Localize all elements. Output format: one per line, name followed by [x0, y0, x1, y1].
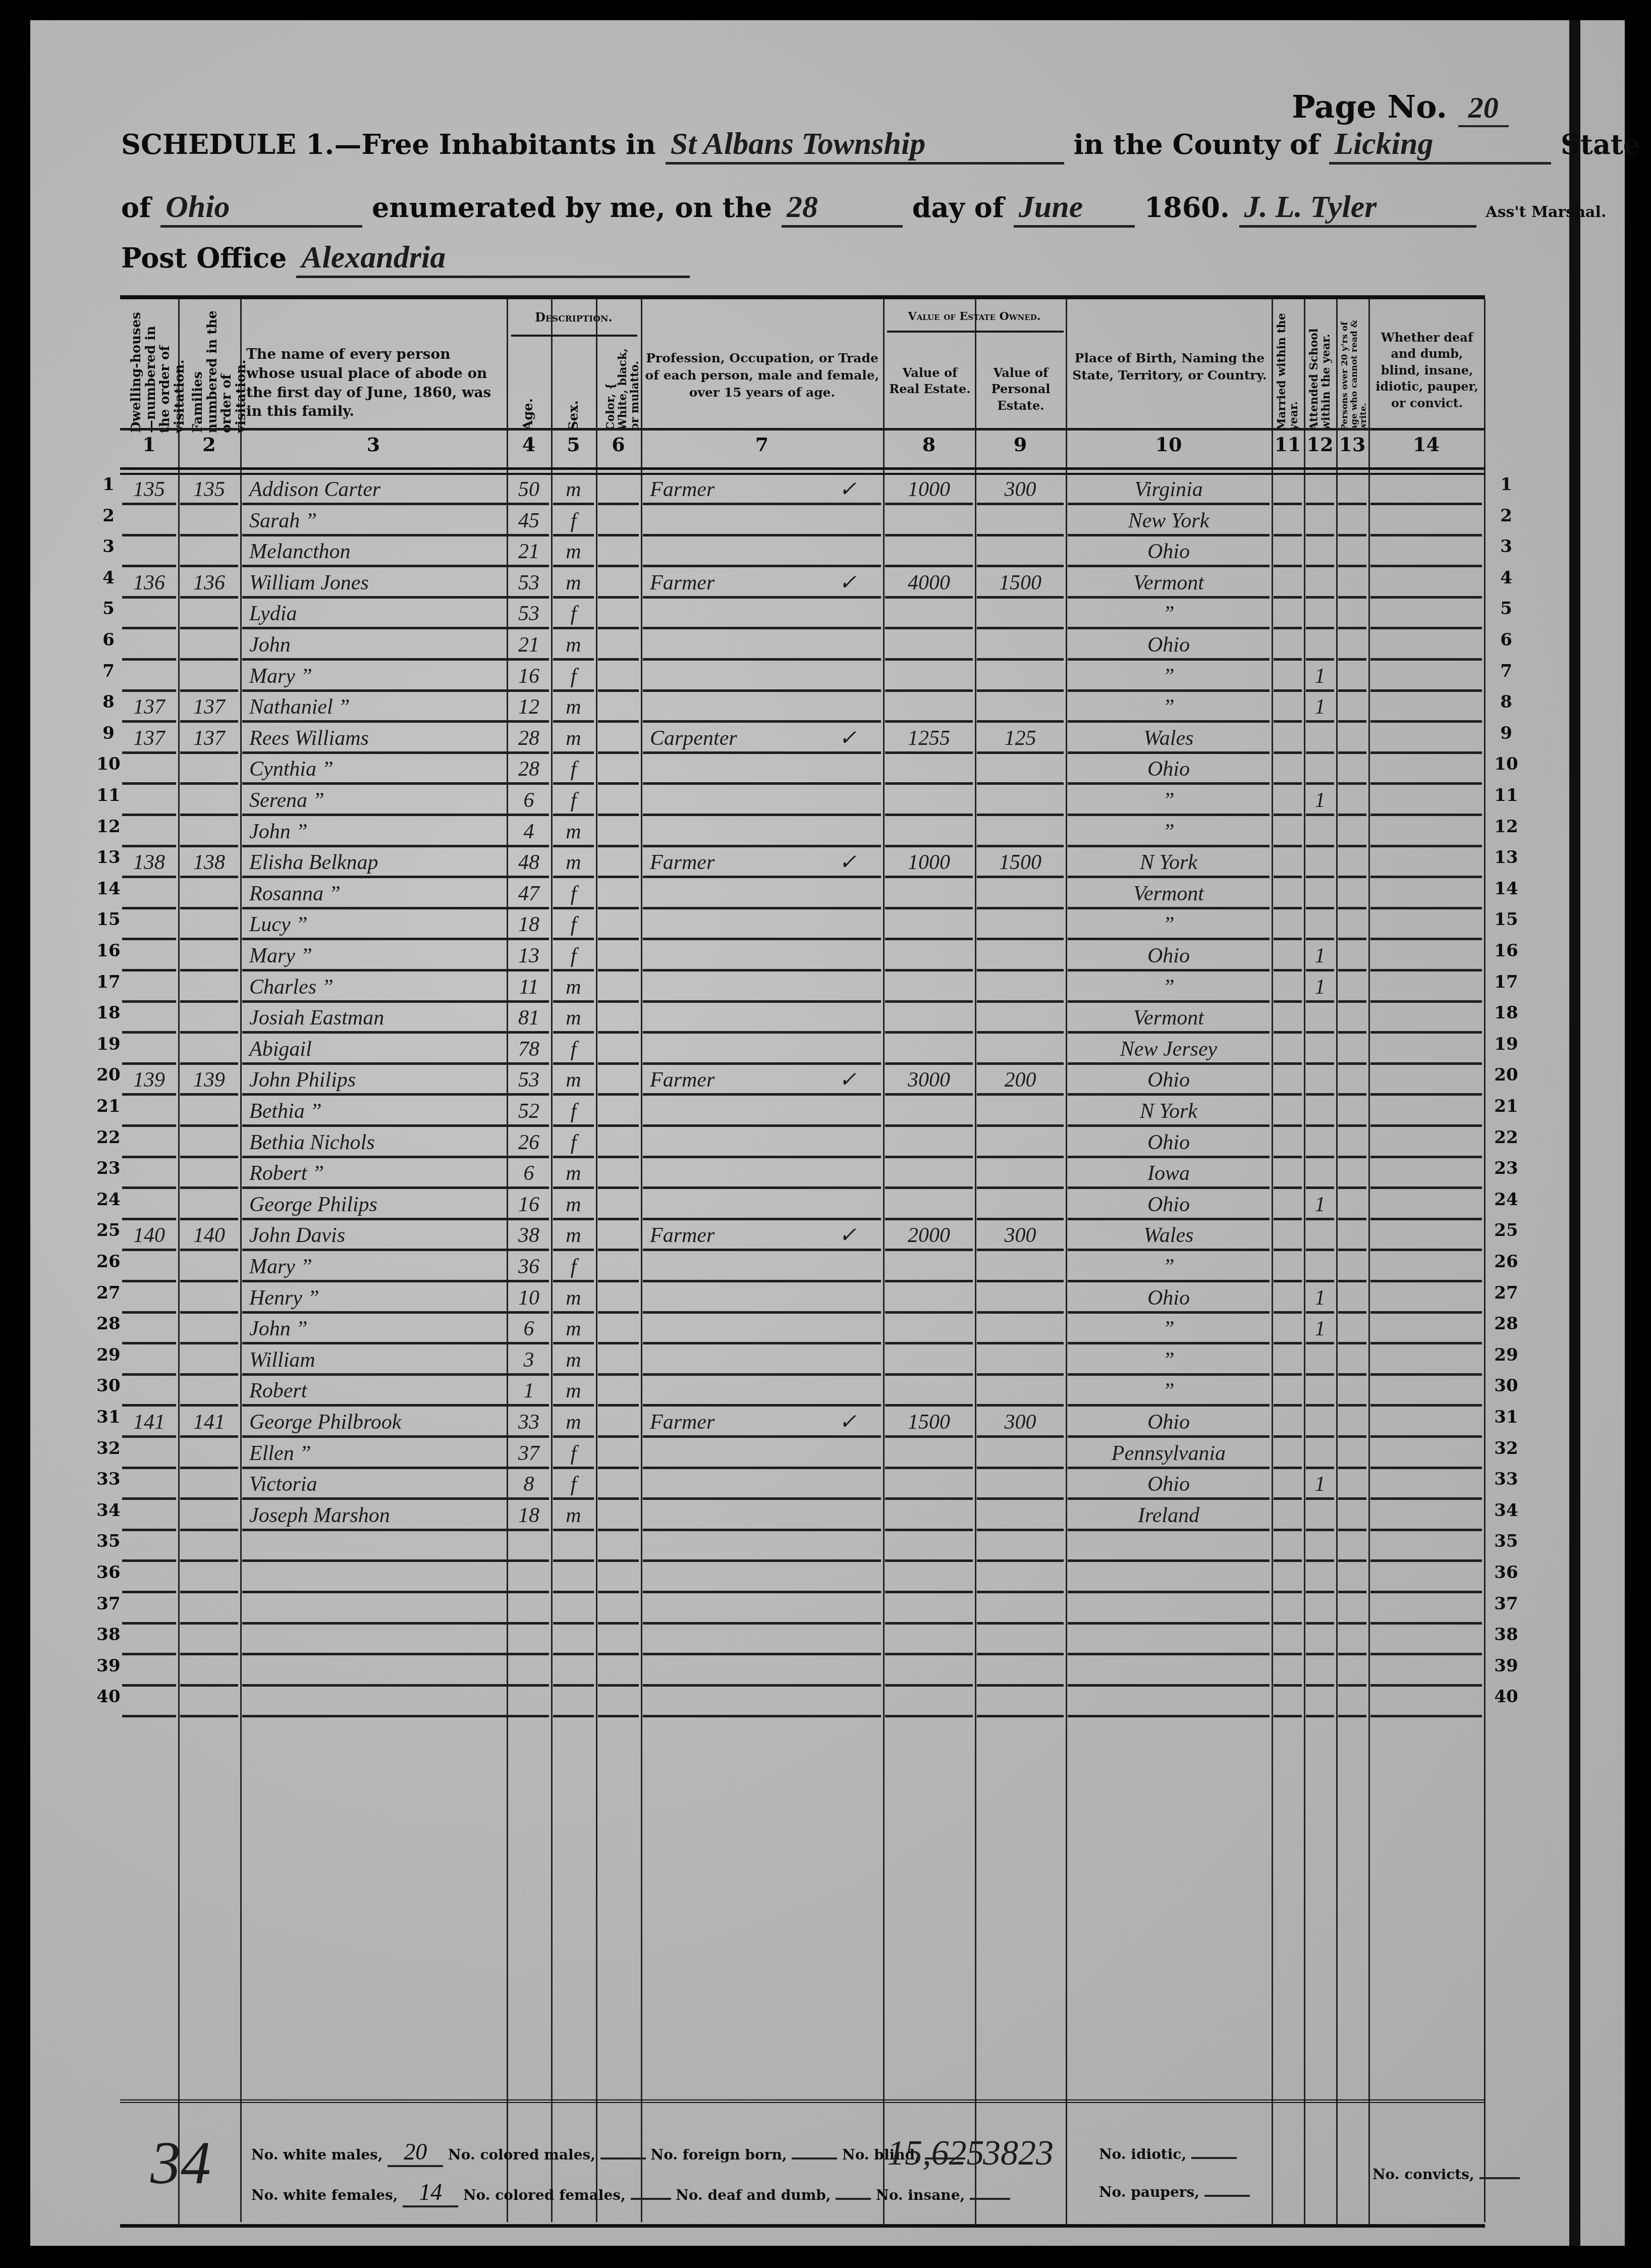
place-of-birth: Ireland	[1068, 1499, 1270, 1531]
header-rule	[120, 428, 1485, 430]
verification-check	[814, 784, 881, 816]
family-number	[180, 908, 238, 940]
table-row	[120, 1624, 1485, 1654]
cannot-read-write	[1338, 1095, 1366, 1127]
cannot-read-write	[1338, 816, 1366, 847]
heading-line-1: SCHEDULE 1.—Free Inhabitants in St Alban…	[121, 126, 1640, 165]
row-number: 26	[96, 1252, 121, 1272]
attended-school	[1306, 1499, 1334, 1531]
family-number	[180, 1437, 238, 1469]
family-number	[180, 535, 238, 567]
real-estate-value	[885, 1686, 973, 1717]
personal-estate-value	[977, 878, 1064, 909]
disability-status	[1370, 1126, 1482, 1158]
table-row: Melancthon21mOhio	[120, 535, 1485, 566]
row-number: 40	[96, 1687, 121, 1707]
person-name	[242, 1655, 512, 1687]
occupation: Farmer	[643, 473, 817, 505]
personal-estate-value	[977, 629, 1064, 661]
occupation: Farmer	[643, 846, 817, 878]
table-row: William3m”	[120, 1344, 1485, 1375]
occupation: Farmer	[643, 567, 817, 599]
married-within-year	[1274, 505, 1302, 536]
col-num: 1	[120, 433, 178, 456]
paupers-total: No. paupers,	[1099, 2184, 1250, 2200]
family-number	[180, 598, 238, 629]
person-name: John Davis	[242, 1219, 512, 1251]
person-name	[242, 1624, 512, 1655]
real-estate-value	[885, 1313, 973, 1344]
row-number: 1	[1494, 474, 1519, 495]
disability-status	[1370, 598, 1482, 629]
row-number: 34	[96, 1500, 121, 1521]
cannot-read-write	[1338, 1437, 1366, 1469]
married-within-year	[1274, 1282, 1302, 1314]
age: 18	[509, 908, 549, 940]
place-of-birth: Ohio	[1068, 1282, 1270, 1314]
totals-footer: 34 No. white males, 20 No. colored males…	[120, 2099, 1485, 2228]
family-number	[180, 1126, 238, 1158]
personal-estate-value	[977, 1624, 1064, 1655]
age: 53	[509, 1064, 549, 1096]
sex: m	[553, 722, 594, 754]
page-number: Page No. 20	[1292, 88, 1509, 127]
sex	[553, 1624, 594, 1655]
disability-status	[1370, 1437, 1482, 1469]
person-name: John ”	[242, 816, 512, 847]
dwelling-number	[122, 1375, 176, 1407]
table-row: 137137Nathaniel ”12m”1	[120, 691, 1485, 722]
dwelling-number	[122, 1282, 176, 1314]
real-estate-value: 1000	[885, 846, 973, 878]
color	[598, 1530, 639, 1562]
age	[509, 1686, 549, 1717]
attended-school	[1306, 629, 1334, 661]
family-number: 139	[180, 1064, 238, 1096]
color	[598, 505, 639, 536]
person-name: Addison Carter	[242, 473, 512, 505]
age: 78	[509, 1033, 549, 1065]
table-row: Lydia53f”	[120, 598, 1485, 628]
family-number	[180, 816, 238, 847]
row-number: 38	[1494, 1625, 1519, 1645]
cannot-read-write	[1338, 1530, 1366, 1562]
place-of-birth: Virginia	[1068, 473, 1270, 505]
sex: f	[553, 1095, 594, 1127]
attended-school	[1306, 1344, 1334, 1376]
group-rule	[511, 335, 637, 337]
real-estate-value	[885, 971, 973, 1003]
age: 18	[509, 1499, 549, 1531]
cannot-read-write	[1338, 1313, 1366, 1344]
family-number	[180, 1468, 238, 1500]
real-estate-value: 1255	[885, 722, 973, 754]
col-14-header: Whether deaf and dumb, blind, insane, id…	[1371, 330, 1482, 411]
age: 26	[509, 1126, 549, 1158]
married-within-year	[1274, 940, 1302, 971]
attended-school	[1306, 1593, 1334, 1625]
table-row: Bethia Nichols26fOhio	[120, 1126, 1485, 1157]
marshal-signature: J. L. Tyler	[1239, 189, 1476, 228]
attended-school	[1306, 816, 1334, 847]
attended-school	[1306, 505, 1334, 536]
place-of-birth: Ohio	[1068, 1189, 1270, 1220]
married-within-year	[1274, 878, 1302, 909]
verification-check	[814, 1437, 881, 1469]
verification-check	[814, 1375, 881, 1407]
place-of-birth: Ohio	[1068, 1126, 1270, 1158]
col-3-header: The name of every person whose usual pla…	[246, 345, 499, 421]
disability-status	[1370, 784, 1482, 816]
color	[598, 1624, 639, 1655]
personal-estate-value	[977, 1375, 1064, 1407]
attended-school	[1306, 1561, 1334, 1593]
verification-check: ✓	[814, 722, 881, 754]
cannot-read-write	[1338, 1593, 1366, 1625]
real-estate-value	[885, 816, 973, 847]
verification-check	[814, 1126, 881, 1158]
place-of-birth: ”	[1068, 784, 1270, 816]
age: 13	[509, 940, 549, 971]
table-row: 138138Elisha Belknap48mFarmer✓10001500N …	[120, 846, 1485, 877]
row-number: 15	[1494, 909, 1519, 930]
dwelling-number	[122, 1561, 176, 1593]
row-number: 5	[1494, 599, 1519, 619]
verification-check	[814, 878, 881, 909]
row-number: 40	[1494, 1687, 1519, 1707]
disability-status	[1370, 1313, 1482, 1344]
family-number: 135	[180, 473, 238, 505]
dwelling-number	[122, 1126, 176, 1158]
place-of-birth: Pennsylvania	[1068, 1437, 1270, 1469]
cannot-read-write	[1338, 846, 1366, 878]
personal-estate-value	[977, 1530, 1064, 1562]
person-name: Lucy ”	[242, 908, 512, 940]
age: 21	[509, 629, 549, 661]
place-of-birth: ”	[1068, 1375, 1270, 1407]
occupation	[643, 1593, 817, 1625]
color	[598, 567, 639, 599]
age: 36	[509, 1251, 549, 1282]
dwelling-number: 138	[122, 846, 176, 878]
verification-check	[814, 940, 881, 971]
married-within-year	[1274, 1375, 1302, 1407]
real-estate-value	[885, 1561, 973, 1593]
occupation: Farmer	[643, 1406, 817, 1438]
occupation	[643, 971, 817, 1003]
verification-check	[814, 1033, 881, 1065]
disability-status	[1370, 473, 1482, 505]
color	[598, 971, 639, 1003]
sex: f	[553, 753, 594, 785]
place-of-birth: ”	[1068, 1344, 1270, 1376]
table-row: Joseph Marshon18mIreland	[120, 1499, 1485, 1530]
table-row: 136136William Jones53mFarmer✓40001500Ver…	[120, 567, 1485, 598]
disability-status	[1370, 753, 1482, 785]
person-name: Bethia Nichols	[242, 1126, 512, 1158]
personal-estate-value	[977, 1189, 1064, 1220]
real-estate-value	[885, 878, 973, 909]
occupation	[643, 1189, 817, 1220]
dwelling-number: 135	[122, 473, 176, 505]
color	[598, 535, 639, 567]
place-of-birth: New Jersey	[1068, 1033, 1270, 1065]
personal-estate-value	[977, 1095, 1064, 1127]
row-number: 2	[96, 506, 121, 526]
table-row: Ellen ”37fPennsylvania	[120, 1437, 1485, 1468]
cannot-read-write	[1338, 1406, 1366, 1438]
real-estate-value	[885, 1344, 973, 1376]
occupation	[643, 1686, 817, 1717]
occupation	[643, 1375, 817, 1407]
age: 11	[509, 971, 549, 1003]
sex: f	[553, 1033, 594, 1065]
sex: m	[553, 971, 594, 1003]
row-number: 10	[96, 754, 121, 774]
person-name	[242, 1530, 512, 1562]
family-number: 138	[180, 846, 238, 878]
col-num: 11	[1272, 433, 1304, 456]
real-estate-value	[885, 1593, 973, 1625]
attended-school: 1	[1306, 971, 1334, 1003]
real-estate-value	[885, 1002, 973, 1034]
attended-school	[1306, 722, 1334, 754]
occupation	[643, 1126, 817, 1158]
row-number: 4	[96, 568, 121, 588]
sex: m	[553, 846, 594, 878]
col-12-header: Attended School within the year.	[1308, 309, 1336, 430]
occupation	[643, 691, 817, 723]
col-num: 4	[507, 433, 551, 456]
table-row: Cynthia ”28fOhio	[120, 753, 1485, 784]
place-of-birth: Ohio	[1068, 1064, 1270, 1096]
row-number: 30	[96, 1376, 121, 1396]
cannot-read-write	[1338, 1344, 1366, 1376]
personal-estate-total: 3823	[983, 2133, 1054, 2174]
heading-line-3: Post Office Alexandria	[121, 240, 690, 278]
col-num: 10	[1066, 433, 1272, 456]
row-number: 15	[96, 909, 121, 930]
color	[598, 1064, 639, 1096]
sex: m	[553, 1064, 594, 1096]
place-of-birth: N York	[1068, 1095, 1270, 1127]
color	[598, 1375, 639, 1407]
dwelling-number	[122, 660, 176, 692]
person-name: Mary ”	[242, 1251, 512, 1282]
color	[598, 1499, 639, 1531]
verification-check	[814, 598, 881, 629]
family-number	[180, 1157, 238, 1189]
married-within-year	[1274, 1561, 1302, 1593]
sex: m	[553, 1282, 594, 1314]
disability-status	[1370, 660, 1482, 692]
table-row: Abigail78fNew Jersey	[120, 1033, 1485, 1064]
occupation	[643, 1437, 817, 1469]
dwelling-number: 137	[122, 722, 176, 754]
sex: m	[553, 1499, 594, 1531]
personal-estate-value	[977, 1437, 1064, 1469]
place-of-birth	[1068, 1530, 1270, 1562]
color	[598, 1219, 639, 1251]
attended-school	[1306, 1437, 1334, 1469]
personal-estate-value	[977, 1313, 1064, 1344]
row-number: 18	[1494, 1003, 1519, 1023]
cannot-read-write	[1338, 1655, 1366, 1687]
dwelling-number: 137	[122, 691, 176, 723]
dwelling-number	[122, 1593, 176, 1625]
real-estate-value	[885, 940, 973, 971]
disability-status	[1370, 535, 1482, 567]
attended-school	[1306, 846, 1334, 878]
disability-status	[1370, 1561, 1482, 1593]
disability-status	[1370, 1593, 1482, 1625]
dwelling-number	[122, 784, 176, 816]
age: 47	[509, 878, 549, 909]
col-num: 3	[240, 433, 507, 456]
verification-check	[814, 1344, 881, 1376]
age: 21	[509, 535, 549, 567]
personal-estate-value	[977, 1002, 1064, 1034]
person-name: Robert	[242, 1375, 512, 1407]
place-of-birth: ”	[1068, 598, 1270, 629]
person-name: Mary ”	[242, 940, 512, 971]
table-row	[120, 1593, 1485, 1624]
row-number: 12	[1494, 817, 1519, 837]
row-number: 22	[1494, 1127, 1519, 1148]
table-row: Mary ”13fOhio1	[120, 940, 1485, 970]
row-number: 28	[1494, 1314, 1519, 1334]
cannot-read-write	[1338, 784, 1366, 816]
row-number: 14	[96, 879, 121, 899]
family-number: 136	[180, 567, 238, 599]
group-rule	[887, 331, 1064, 333]
person-name: Henry ”	[242, 1282, 512, 1314]
real-estate-value	[885, 1624, 973, 1655]
age: 52	[509, 1095, 549, 1127]
sex: m	[553, 1344, 594, 1376]
occupation	[643, 1002, 817, 1034]
row-number: 39	[96, 1656, 121, 1676]
color	[598, 722, 639, 754]
married-within-year	[1274, 1251, 1302, 1282]
married-within-year	[1274, 908, 1302, 940]
cannot-read-write	[1338, 1064, 1366, 1096]
person-name: Ellen ”	[242, 1437, 512, 1469]
color	[598, 1126, 639, 1158]
sex: f	[553, 1437, 594, 1469]
attended-school	[1306, 598, 1334, 629]
cannot-read-write	[1338, 908, 1366, 940]
table-row: Henry ”10mOhio1	[120, 1282, 1485, 1313]
cannot-read-write	[1338, 691, 1366, 723]
place-of-birth: Iowa	[1068, 1157, 1270, 1189]
personal-estate-value	[977, 940, 1064, 971]
row-number: 5	[96, 599, 121, 619]
occupation: Carpenter	[643, 722, 817, 754]
personal-estate-value	[977, 753, 1064, 785]
married-within-year	[1274, 753, 1302, 785]
place-of-birth: Ohio	[1068, 753, 1270, 785]
place-of-birth: ”	[1068, 1313, 1270, 1344]
table-row: 139139John Philips53mFarmer✓3000200Ohio	[120, 1064, 1485, 1095]
verification-check	[814, 816, 881, 847]
sex: f	[553, 1251, 594, 1282]
married-within-year	[1274, 660, 1302, 692]
row-number: 9	[96, 723, 121, 743]
disability-status	[1370, 1530, 1482, 1562]
verification-check	[814, 908, 881, 940]
personal-estate-value	[977, 691, 1064, 723]
verification-check	[814, 1251, 881, 1282]
person-name: John	[242, 629, 512, 661]
family-number	[180, 1313, 238, 1344]
place-of-birth: Ohio	[1068, 1468, 1270, 1500]
sex: f	[553, 505, 594, 536]
family-number: 141	[180, 1406, 238, 1438]
table-row: George Philips16mOhio1	[120, 1189, 1485, 1219]
personal-estate-value	[977, 1251, 1064, 1282]
dwelling-number	[122, 1624, 176, 1655]
row-number: 9	[1494, 723, 1519, 743]
color	[598, 1437, 639, 1469]
occupation: Farmer	[643, 1064, 817, 1096]
person-name	[242, 1593, 512, 1625]
occupation	[643, 1313, 817, 1344]
post-office-field: Alexandria	[296, 240, 690, 278]
verification-check	[814, 1157, 881, 1189]
col-num: 14	[1368, 433, 1484, 456]
attended-school	[1306, 1406, 1334, 1438]
personal-estate-value	[977, 816, 1064, 847]
place-of-birth: Ohio	[1068, 629, 1270, 661]
color	[598, 1655, 639, 1687]
married-within-year	[1274, 535, 1302, 567]
personal-estate-value	[977, 505, 1064, 536]
real-estate-value: 1500	[885, 1406, 973, 1438]
sex: f	[553, 1126, 594, 1158]
cannot-read-write	[1338, 1375, 1366, 1407]
cannot-read-write	[1338, 1033, 1366, 1065]
real-estate-value	[885, 1437, 973, 1469]
row-number: 14	[1494, 879, 1519, 899]
married-within-year	[1274, 1406, 1302, 1438]
married-within-year	[1274, 1002, 1302, 1034]
place-of-birth: Vermont	[1068, 1002, 1270, 1034]
table-row	[120, 1655, 1485, 1686]
cannot-read-write	[1338, 1251, 1366, 1282]
place-of-birth: Wales	[1068, 722, 1270, 754]
cannot-read-write	[1338, 1561, 1366, 1593]
real-estate-value	[885, 1095, 973, 1127]
age: 6	[509, 784, 549, 816]
sex: f	[553, 784, 594, 816]
row-number: 8	[1494, 692, 1519, 712]
age	[509, 1561, 549, 1593]
dwelling-number	[122, 1686, 176, 1717]
married-within-year	[1274, 816, 1302, 847]
place-of-birth	[1068, 1655, 1270, 1687]
cannot-read-write	[1338, 1189, 1366, 1220]
table-row: John21mOhio	[120, 629, 1485, 660]
color	[598, 660, 639, 692]
attended-school	[1306, 473, 1334, 505]
place-of-birth: Ohio	[1068, 940, 1270, 971]
col-5-header: Sex.	[567, 360, 587, 430]
sex	[553, 1530, 594, 1562]
dwelling-number	[122, 1002, 176, 1034]
married-within-year	[1274, 1344, 1302, 1376]
estate-group-header: Value of Estate Owned.	[883, 309, 1066, 325]
